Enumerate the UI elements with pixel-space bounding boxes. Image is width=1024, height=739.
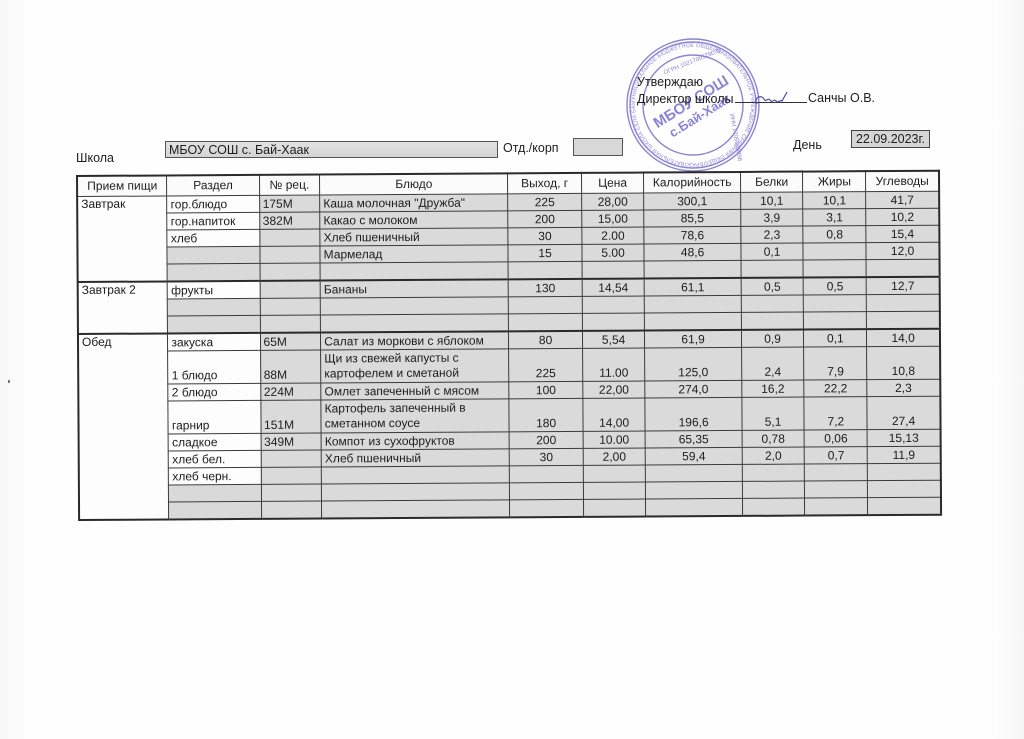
table-row: 1 блюдо88МЩи из свежей капусты с картофе… [78, 346, 940, 384]
price-cell: 15,00 [581, 210, 644, 227]
fat-cell: 0,8 [803, 226, 866, 243]
kcal-cell: 65,35 [646, 430, 742, 448]
carbs-cell [868, 497, 941, 515]
price-cell: 10.00 [583, 431, 646, 448]
output-cell: 225 [509, 348, 582, 381]
fat-cell: 0,5 [804, 277, 867, 295]
recipe-cell [261, 484, 322, 501]
carbs-cell: 27,4 [867, 396, 940, 429]
kcal-cell: 196,6 [645, 397, 741, 431]
kcal-cell: 85,5 [644, 209, 740, 227]
price-cell [583, 465, 646, 482]
carbs-cell [866, 294, 939, 311]
carbs-cell [867, 463, 940, 480]
fat-cell [804, 312, 867, 330]
director-label: Директор школы [637, 92, 734, 106]
column-header-carbs: Углеводы [866, 171, 939, 192]
section-cell: 1 блюдо [168, 350, 260, 384]
scanned-page: МУНИЦИПАЛЬНОЕ БЮДЖЕТНОЕ ОБЩЕОБРАЗОВАТЕЛЬ… [0, 0, 1024, 739]
protein-cell: 0,78 [742, 430, 805, 447]
column-header-kcal: Калорийность [644, 172, 740, 193]
column-header-recipe: № рец. [259, 175, 320, 196]
recipe-cell [261, 467, 322, 484]
protein-cell: 16,2 [741, 380, 804, 397]
recipe-cell: 175М [259, 195, 320, 212]
school-field: МБОУ СОШ с. Бай-Хаак [165, 141, 498, 158]
section-cell: хлеб бел. [169, 450, 261, 468]
output-cell [509, 261, 582, 279]
price-cell: 14,54 [582, 279, 645, 297]
output-cell [509, 313, 582, 331]
price-cell: 22,00 [582, 381, 645, 398]
recipe-cell [259, 246, 320, 263]
kcal-cell: 48,6 [644, 243, 740, 261]
dish-cell: Какао с молоком [320, 211, 508, 229]
kcal-cell [645, 312, 741, 330]
kcal-cell: 61,9 [645, 330, 741, 348]
table-body: Завтракгор.блюдо175МКаша молочная "Дружб… [77, 191, 941, 520]
output-cell: 100 [509, 381, 582, 398]
column-header-price: Цена [581, 173, 644, 194]
column-header-output: Выход, г [508, 173, 581, 194]
stamp-inn: ИНН 1705003098 [728, 113, 742, 162]
output-cell: 30 [510, 448, 583, 465]
dish-cell: Салат из моркови с яблоком [321, 331, 509, 350]
carbs-cell: 15,4 [866, 225, 939, 242]
output-cell: 15 [508, 244, 581, 261]
section-cell [167, 246, 259, 264]
recipe-cell: 151М [260, 400, 321, 433]
column-header-meal: Прием пищи [77, 175, 167, 196]
dish-cell [321, 466, 509, 484]
dish-cell: Каша молочная "Дружба" [320, 194, 508, 212]
protein-cell [741, 260, 804, 278]
section-cell [168, 298, 260, 316]
protein-cell: 0,5 [741, 278, 804, 296]
recipe-cell: 224М [260, 383, 321, 400]
dish-cell: Бананы [320, 279, 508, 298]
fat-cell [805, 464, 868, 481]
protein-cell: 2,3 [741, 226, 804, 243]
kcal-cell [646, 464, 742, 482]
dish-cell [320, 297, 508, 315]
output-cell: 200 [508, 210, 581, 227]
day-field: 22.09.2023г. [851, 130, 930, 148]
fat-cell: 0,1 [804, 329, 867, 347]
fat-cell [803, 260, 866, 278]
recipe-cell [259, 229, 320, 246]
price-cell: 2,00 [583, 448, 646, 465]
carbs-cell: 12,7 [866, 277, 939, 295]
school-label: Школа [76, 151, 114, 165]
section-cell [169, 484, 261, 502]
meal-cell: Завтрак [77, 196, 167, 282]
price-cell: 2.00 [582, 227, 645, 244]
dish-cell: Картофель запеченный в сметанном соусе [321, 399, 509, 433]
section-cell: сладкое [169, 433, 261, 451]
fat-cell: 0,06 [805, 430, 868, 447]
kcal-cell [646, 498, 742, 516]
protein-cell: 2,0 [742, 447, 805, 464]
kcal-cell: 300,1 [644, 192, 740, 210]
output-cell: 180 [509, 398, 582, 431]
price-cell [582, 313, 645, 331]
dish-cell [322, 500, 510, 519]
kcal-cell: 59,4 [646, 447, 742, 465]
carbs-cell: 10,2 [866, 208, 939, 225]
dish-cell [321, 314, 509, 333]
kcal-cell: 125,0 [645, 347, 741, 381]
kcal-cell: 61,1 [645, 278, 741, 296]
kcal-cell [644, 260, 740, 278]
carbs-cell: 2,3 [867, 379, 940, 396]
protein-cell: 3,9 [740, 209, 803, 226]
output-cell [509, 296, 582, 313]
output-cell [510, 499, 583, 517]
recipe-cell: 65М [260, 333, 321, 351]
protein-cell: 10,1 [740, 192, 803, 209]
section-cell: гарнир [168, 400, 260, 434]
fat-cell [805, 481, 868, 498]
protein-cell: 5,1 [742, 397, 805, 430]
dish-cell: Хлеб пшеничный [321, 449, 509, 467]
section-cell: гор.напиток [167, 212, 259, 230]
column-header-fat: Жиры [803, 171, 866, 192]
table-row: гарнир151МКартофель запеченный в сметанн… [78, 396, 940, 434]
protein-cell [741, 312, 804, 330]
dish-cell: Омлет запеченный с мясом [321, 382, 509, 400]
output-cell: 225 [508, 193, 581, 210]
recipe-cell: 382М [259, 212, 320, 229]
price-cell [583, 499, 646, 517]
recipe-cell [260, 298, 321, 315]
recipe-cell [260, 263, 321, 281]
protein-cell [742, 464, 805, 481]
carbs-cell: 10,8 [867, 346, 940, 379]
kcal-cell [646, 481, 742, 499]
day-label: День [793, 138, 822, 152]
output-cell: 30 [508, 227, 581, 244]
section-cell: хлеб черн. [169, 467, 261, 485]
carbs-cell [866, 259, 939, 277]
protein-cell [742, 481, 805, 498]
stamp-ogrn: ОГРН 1021700579075 [663, 48, 723, 77]
section-cell [169, 501, 261, 519]
column-header-section: Раздел [167, 175, 259, 196]
scan-mark [8, 380, 10, 383]
section-cell: фрукты [168, 281, 260, 299]
dish-cell: Хлеб пшеничный [320, 228, 508, 246]
menu-table: Прием пищиРаздел№ рец.БлюдоВыход, гЦенаК… [76, 170, 942, 521]
recipe-cell: 349М [261, 433, 322, 450]
carbs-cell [868, 480, 941, 497]
recipe-cell [260, 281, 321, 299]
protein-cell [742, 498, 805, 516]
dept-field [573, 138, 623, 156]
price-cell: 14,00 [583, 398, 646, 431]
fat-cell: 22,2 [804, 380, 867, 397]
price-cell: 5,54 [582, 331, 645, 349]
column-header-dish: Блюдо [320, 173, 508, 195]
carbs-cell: 11,9 [867, 446, 940, 463]
price-cell: 5.00 [582, 244, 645, 261]
carbs-cell: 14,0 [867, 329, 940, 347]
kcal-cell [645, 295, 741, 313]
fat-cell: 7,2 [804, 397, 867, 430]
output-cell [510, 482, 583, 499]
protein-cell [741, 295, 804, 312]
section-cell: гор.блюдо [167, 195, 259, 213]
output-cell: 130 [509, 279, 582, 297]
carbs-cell: 12,0 [866, 242, 939, 259]
section-cell [167, 263, 259, 281]
dish-cell: Компот из сухофруктов [321, 432, 509, 450]
price-cell: 28,00 [581, 193, 644, 210]
recipe-cell [260, 315, 321, 333]
fat-cell: 7,9 [804, 347, 867, 380]
output-cell: 80 [509, 331, 582, 349]
section-cell: 2 блюдо [168, 383, 260, 401]
signature-icon [751, 90, 791, 112]
fat-cell [803, 243, 866, 260]
price-cell [582, 261, 645, 279]
carbs-cell [867, 311, 940, 329]
protein-cell: 0,9 [741, 330, 804, 348]
fat-cell: 0,7 [805, 447, 868, 464]
meal-cell: Завтрак 2 [78, 281, 168, 334]
signature-line [735, 102, 807, 103]
protein-cell: 2,4 [741, 347, 804, 380]
protein-cell: 0,1 [741, 243, 804, 260]
recipe-cell: 88М [260, 350, 321, 383]
section-cell [168, 315, 260, 333]
output-cell: 200 [510, 431, 583, 448]
price-cell [583, 482, 646, 499]
fat-cell: 10,1 [803, 192, 866, 209]
fat-cell: 3,1 [803, 209, 866, 226]
dish-cell [322, 483, 510, 501]
recipe-cell [261, 501, 322, 519]
kcal-cell: 274,0 [645, 380, 741, 398]
carbs-cell: 41,7 [866, 191, 939, 208]
dept-label: Отд./корп [503, 141, 559, 155]
price-cell: 11.00 [582, 348, 645, 381]
price-cell [582, 296, 645, 313]
section-cell: закуска [168, 333, 260, 351]
kcal-cell: 78,6 [644, 226, 740, 244]
recipe-cell [261, 450, 322, 467]
carbs-cell: 15,13 [867, 429, 940, 446]
section-cell: хлеб [167, 229, 259, 247]
fat-cell [805, 498, 868, 516]
dish-cell [320, 262, 508, 281]
director-name: Санчы О.В. [808, 91, 875, 105]
meal-cell: Обед [78, 333, 169, 520]
fat-cell [804, 295, 867, 312]
dish-cell: Щи из свежей капусты с картофелем и смет… [321, 349, 509, 383]
column-header-protein: Белки [740, 172, 803, 193]
approval-block: Утверждаю Директор школы [637, 74, 807, 108]
output-cell [510, 465, 583, 482]
approve-label: Утверждаю [637, 74, 807, 91]
dish-cell: Мармелад [320, 245, 508, 263]
